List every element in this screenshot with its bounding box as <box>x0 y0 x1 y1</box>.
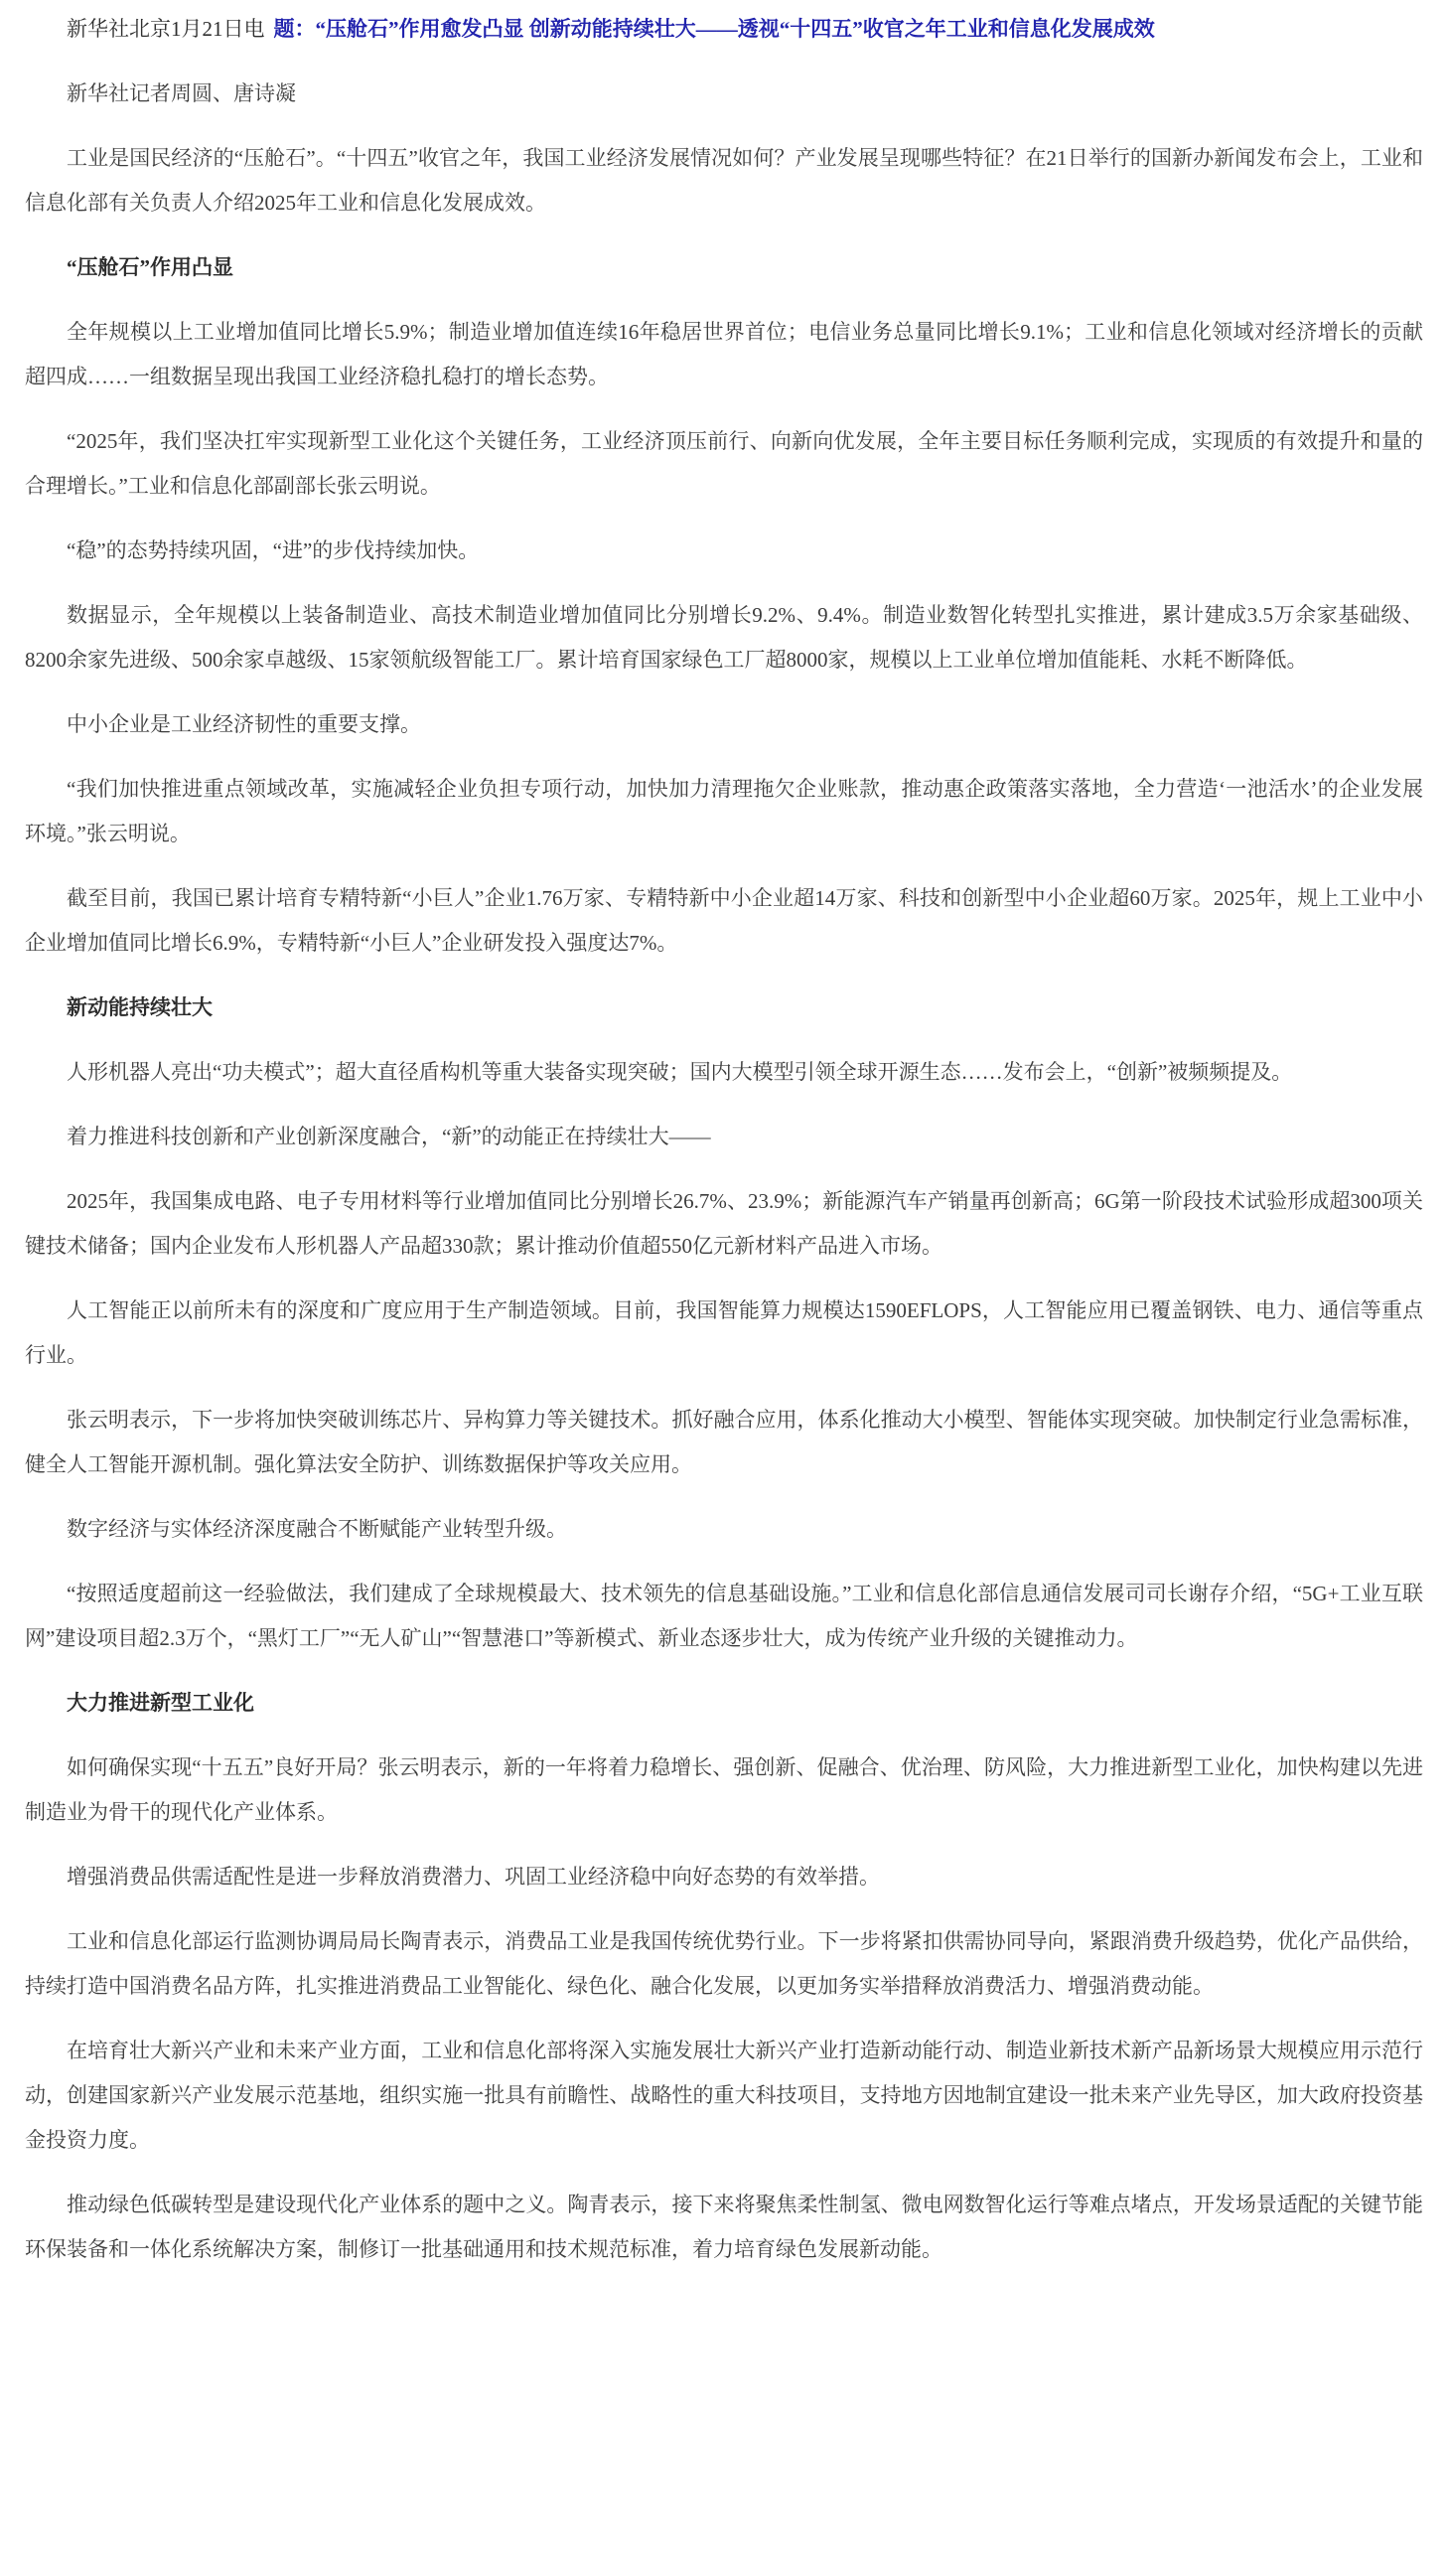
dateline: 新华社北京1月21日电 <box>67 17 265 41</box>
paragraph: “稳”的态势持续巩固，“进”的步伐持续加快。 <box>25 529 1423 573</box>
paragraph: 中小企业是工业经济韧性的重要支撑。 <box>25 702 1423 747</box>
paragraph: 截至目前，我国已累计培育专精特新“小巨人”企业1.76万家、专精特新中小企业超1… <box>25 876 1423 966</box>
paragraph: 张云明表示，下一步将加快突破训练芯片、异构算力等关键技术。抓好融合应用，体系化推… <box>25 1398 1423 1487</box>
section-heading-3: 大力推进新型工业化 <box>25 1681 1423 1726</box>
paragraph: 人工智能正以前所未有的深度和广度应用于生产制造领域。目前，我国智能算力规模达15… <box>25 1288 1423 1378</box>
section-heading-1: “压舱石”作用凸显 <box>25 245 1423 290</box>
paragraph: 工业和信息化部运行监测协调局局长陶青表示，消费品工业是我国传统优势行业。下一步将… <box>25 1919 1423 2009</box>
paragraph: 着力推进科技创新和产业创新深度融合，“新”的动能正在持续壮大—— <box>25 1115 1423 1159</box>
paragraph: 数字经济与实体经济深度融合不断赋能产业转型升级。 <box>25 1507 1423 1552</box>
paragraph: 增强消费品供需适配性是进一步释放消费潜力、巩固工业经济稳中向好态势的有效举措。 <box>25 1855 1423 1899</box>
paragraph: 工业是国民经济的“压舱石”。“十四五”收官之年，我国工业经济发展情况如何？产业发… <box>25 136 1423 226</box>
paragraph: “我们加快推进重点领域改革，实施减轻企业负担专项行动，加快加力清理拖欠企业账款，… <box>25 767 1423 856</box>
article-title: 题：“压舱石”作用愈发凸显 创新动能持续壮大——透视“十四五”收官之年工业和信息… <box>274 17 1155 41</box>
paragraph: 2025年，我国集成电路、电子专用材料等行业增加值同比分别增长26.7%、23.… <box>25 1179 1423 1269</box>
paragraph: 推动绿色低碳转型是建设现代化产业体系的题中之义。陶青表示，接下来将聚焦柔性制氢、… <box>25 2183 1423 2272</box>
paragraph: 全年规模以上工业增加值同比增长5.9%；制造业增加值连续16年稳居世界首位；电信… <box>25 310 1423 399</box>
paragraph: 如何确保实现“十五五”良好开局？张云明表示，新的一年将着力稳增长、强创新、促融合… <box>25 1745 1423 1835</box>
paragraph: 在培育壮大新兴产业和未来产业方面，工业和信息化部将深入实施发展壮大新兴产业打造新… <box>25 2029 1423 2163</box>
article-page: 新华社北京1月21日电题：“压舱石”作用愈发凸显 创新动能持续壮大——透视“十四… <box>0 0 1448 2576</box>
paragraph: “按照适度超前这一经验做法，我们建成了全球规模最大、技术领先的信息基础设施。”工… <box>25 1572 1423 1661</box>
lead-paragraph: 新华社北京1月21日电题：“压舱石”作用愈发凸显 创新动能持续壮大——透视“十四… <box>25 7 1423 52</box>
paragraph: 人形机器人亮出“功夫模式”；超大直径盾构机等重大装备实现突破；国内大模型引领全球… <box>25 1050 1423 1095</box>
paragraph: “2025年，我们坚决扛牢实现新型工业化这个关键任务，工业经济顶压前行、向新向优… <box>25 419 1423 509</box>
paragraph: 数据显示，全年规模以上装备制造业、高技术制造业增加值同比分别增长9.2%、9.4… <box>25 593 1423 682</box>
byline: 新华社记者周圆、唐诗凝 <box>25 72 1423 116</box>
section-heading-2: 新动能持续壮大 <box>25 985 1423 1030</box>
